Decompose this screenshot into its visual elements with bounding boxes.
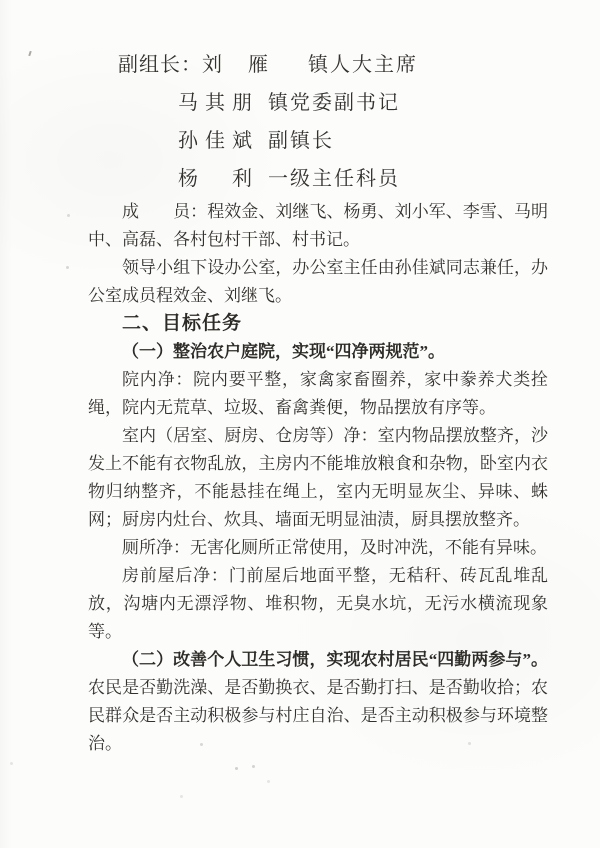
deputy-name: 孙佳斌: [178, 122, 252, 160]
toilet-paragraph: 厕所净：无害化厕所正常使用，及时冲洗，不能有异味。: [88, 534, 548, 562]
deputy-title: 镇党委副书记: [268, 84, 400, 122]
scan-speck: [468, 742, 471, 745]
item-2-body: 农民是否勤洗澡、是否勤换衣、是否勤打扫、是否勤收拾；农民群众是否主动积极参与村庄…: [88, 678, 548, 753]
document-content: 副组长： 刘雁 镇人大主席 马其朋 镇党委副书记 孙佳斌 副镇长 杨利 一级主任…: [88, 46, 548, 758]
roster-row: 杨利 一级主任科员: [88, 160, 548, 198]
members-paragraph: 成 员：程效金、刘继飞、杨勇、刘小军、李雪、马明中、高磊、各村包村干部、村书记。: [88, 198, 548, 254]
scan-speck: [235, 767, 238, 770]
scan-speck: [66, 266, 69, 269]
leadership-roster: 副组长： 刘雁 镇人大主席 马其朋 镇党委副书记 孙佳斌 副镇长 杨利 一级主任…: [88, 46, 548, 198]
indoor-paragraph: 室内（居室、厨房、仓房等）净：室内物品摆放整齐，沙发上不能有衣物乱放，主房内不能…: [88, 422, 548, 534]
office-paragraph: 领导小组下设办公室，办公室主任由孙佳斌同志兼任，办公室成员程效金、刘继飞。: [88, 254, 548, 310]
roster-row: 马其朋 镇党委副书记: [88, 84, 548, 122]
roster-row: 副组长： 刘雁 镇人大主席: [88, 46, 548, 84]
roster-row: 孙佳斌 副镇长: [88, 122, 548, 160]
item-2-heading: （二）改善个人卫生习惯，实现农村居民“四勤两参与”。: [122, 650, 548, 669]
deputy-leader-label: 副组长：: [118, 46, 202, 84]
scan-speck: [10, 762, 13, 765]
deputy-title: 镇人大主席: [308, 46, 418, 84]
deputy-name: 杨利: [178, 160, 252, 198]
scan-speck: [28, 51, 31, 56]
deputy-name: 刘雁: [202, 46, 268, 84]
scan-speck: [267, 780, 270, 783]
item-1-heading: （一）整治农户庭院，实现“四净两规范”。: [88, 338, 548, 366]
surroundings-paragraph: 房前屋后净：门前屋后地面平整，无秸秆、砖瓦乱堆乱放，沟塘内无漂浮物、堆积物，无臭…: [88, 562, 548, 646]
document-page: 副组长： 刘雁 镇人大主席 马其朋 镇党委副书记 孙佳斌 副镇长 杨利 一级主任…: [0, 0, 600, 848]
deputy-title: 一级主任科员: [268, 160, 400, 198]
deputy-title: 副镇长: [268, 122, 334, 160]
scan-speck: [252, 765, 255, 768]
section-heading: 二、目标任务: [88, 310, 548, 338]
deputy-name: 马其朋: [178, 84, 252, 122]
scan-speck: [67, 214, 70, 217]
scan-speck: [180, 795, 183, 798]
yard-paragraph: 院内净：院内要平整，家禽家畜圈养，家中豢养犬类拴绳，院内无荒草、垃圾、畜禽粪便，…: [88, 366, 548, 422]
scan-speck: [200, 743, 203, 746]
item-2-paragraph: （二）改善个人卫生习惯，实现农村居民“四勤两参与”。农民是否勤洗澡、是否勤换衣、…: [88, 646, 548, 758]
